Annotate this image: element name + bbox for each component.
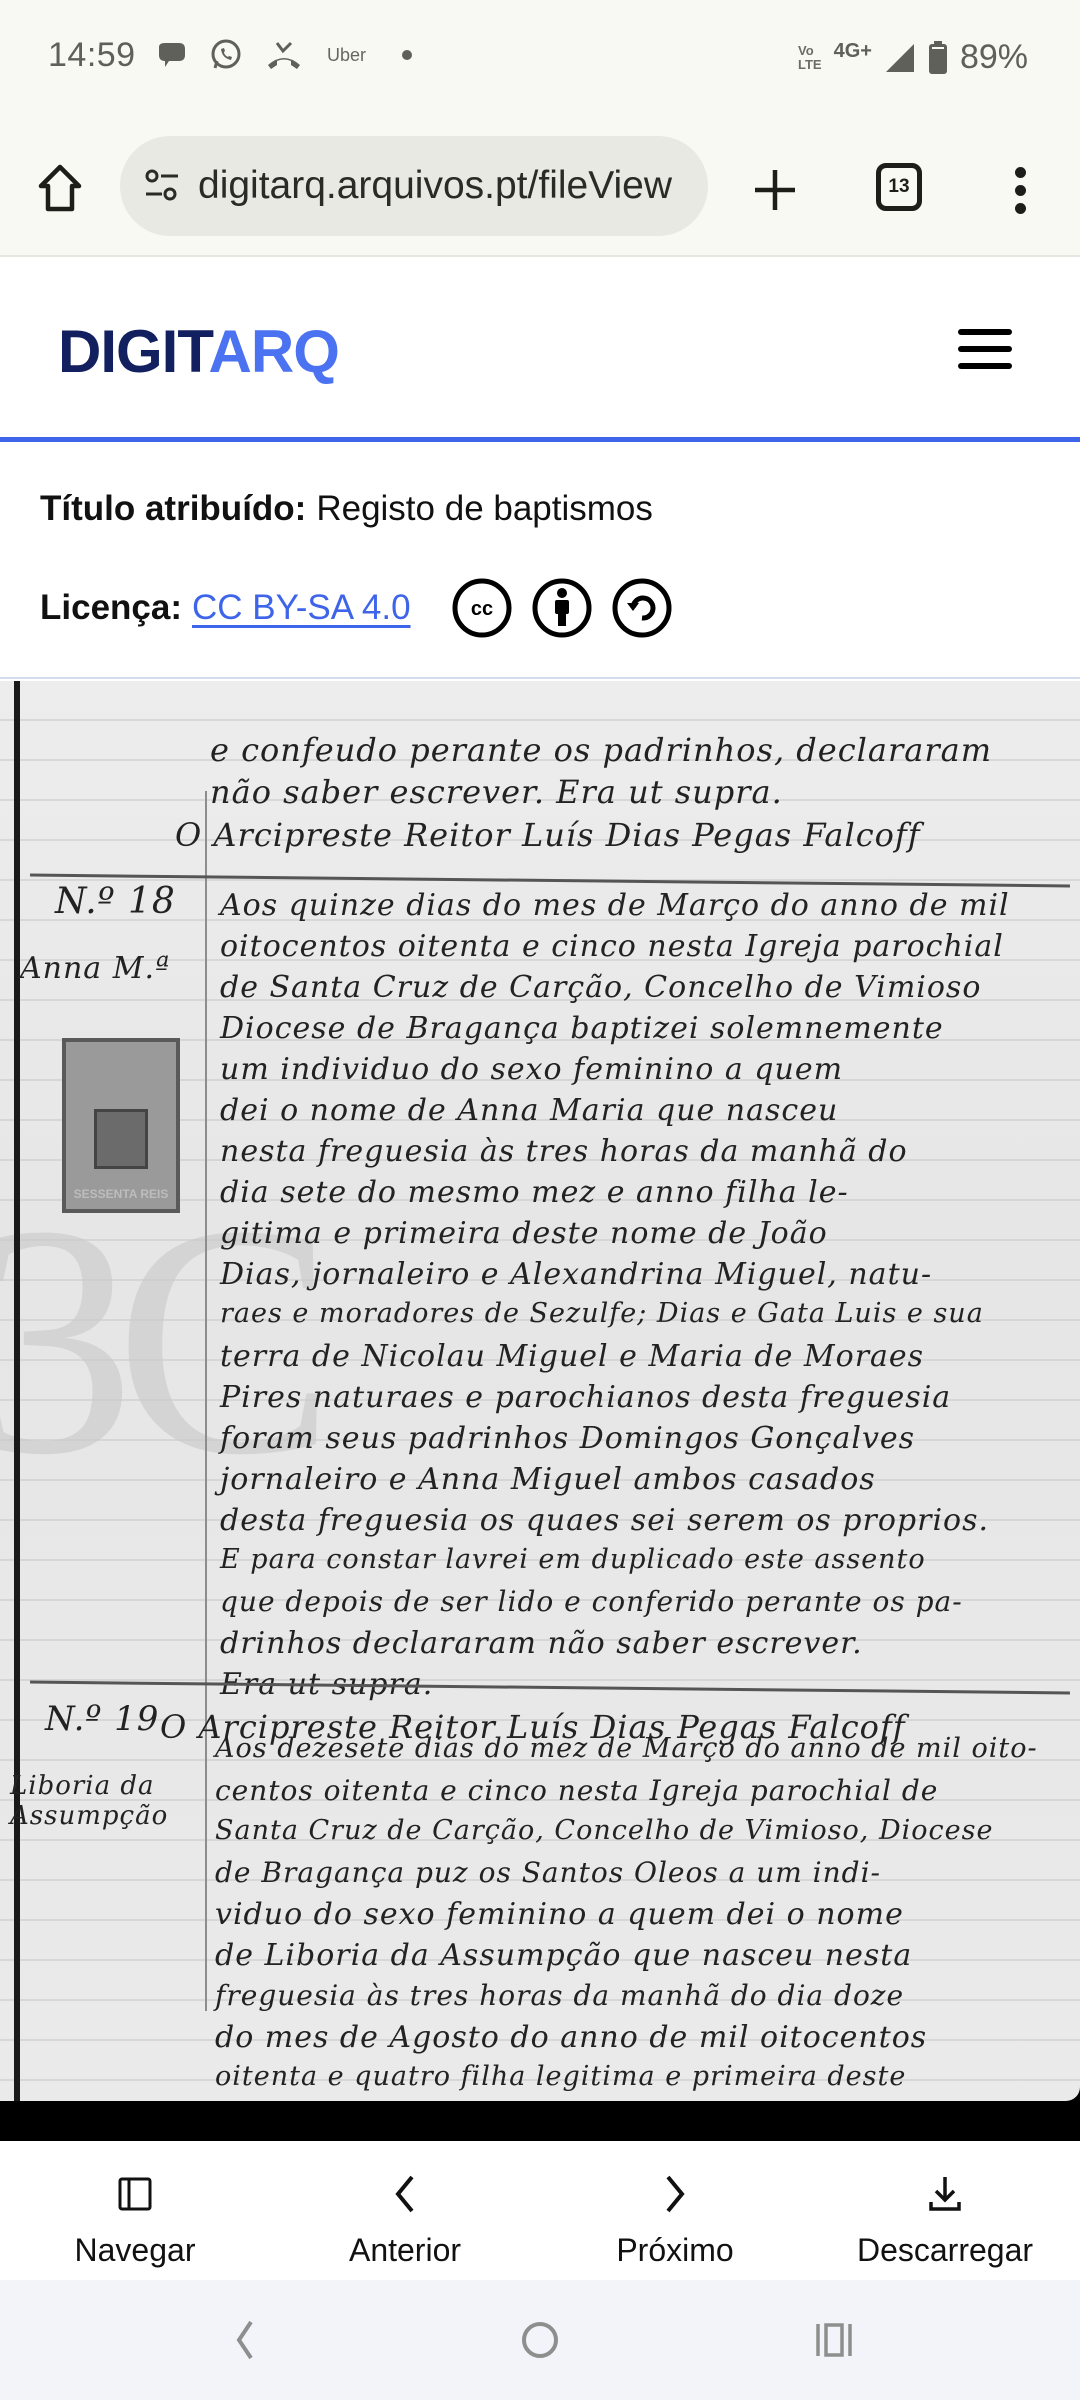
- url-text[interactable]: digitarq.arquivos.pt/fileView: [198, 164, 672, 208]
- sa-sharealike-icon: [611, 577, 673, 639]
- license-icons: cc: [451, 577, 673, 639]
- cc-icon: cc: [451, 577, 513, 639]
- title-label: Título atribuído:: [40, 489, 306, 529]
- home-button[interactable]: [30, 158, 90, 218]
- whatsapp-icon: [209, 38, 243, 72]
- tab-switcher-button[interactable]: 13: [876, 163, 922, 211]
- battery-percent: 89%: [960, 38, 1028, 77]
- back-icon: [233, 2320, 257, 2360]
- download-icon: [927, 2174, 963, 2214]
- tax-stamp: SESSENTA REIS: [62, 1038, 180, 1213]
- title-row: Título atribuído: Registo de baptismos: [40, 489, 653, 529]
- navegar-button[interactable]: Navegar: [0, 2142, 270, 2280]
- scanned-register-page: 3C e confeudo perante os padrinhos, decl…: [0, 681, 1080, 2101]
- margin-name: Anna M.ª: [20, 951, 170, 986]
- status-bar: 14:59 Uber Vo LTE 4G+ 89%: [0, 0, 1080, 120]
- crest-icon: [94, 1109, 148, 1169]
- volte-icon: Vo LTE: [798, 44, 822, 72]
- title-value: Registo de baptismos: [316, 489, 653, 529]
- browser-toolbar: digitarq.arquivos.pt/fileView 13: [0, 120, 1080, 257]
- network-type: 4G+: [834, 40, 872, 63]
- proximo-button[interactable]: Próximo: [540, 2142, 810, 2280]
- uber-notification: Uber: [327, 45, 366, 66]
- hamburger-menu-button[interactable]: [958, 329, 1012, 369]
- home-circle-icon: [520, 2320, 560, 2360]
- messages-icon: [155, 39, 187, 71]
- battery-icon: [928, 41, 948, 75]
- viewer-toolbar: Navegar Anterior Próximo Descarregar: [0, 2142, 1080, 2280]
- address-bar[interactable]: digitarq.arquivos.pt/fileView: [120, 136, 708, 236]
- recents-icon: [814, 2320, 854, 2360]
- system-navigation-bar: [0, 2280, 1080, 2400]
- chevron-right-icon: [660, 2174, 690, 2214]
- home-nav-button[interactable]: [510, 2315, 570, 2365]
- hamburger-icon: [958, 329, 1012, 335]
- more-vert-icon: [1015, 167, 1026, 178]
- entry-number: N.º 19: [45, 1699, 159, 1739]
- system-icons: Vo LTE 4G+ 89%: [798, 38, 1028, 77]
- by-attribution-icon: [531, 577, 593, 639]
- descarregar-button[interactable]: Descarregar: [810, 2142, 1080, 2280]
- back-button[interactable]: [215, 2315, 275, 2365]
- svg-text:cc: cc: [470, 598, 492, 620]
- signal-icon: [884, 42, 916, 74]
- recents-button[interactable]: [804, 2315, 864, 2365]
- digitarq-logo[interactable]: DIGITARQ: [58, 317, 339, 386]
- document-image-viewer[interactable]: 3C e confeudo perante os padrinhos, decl…: [0, 681, 1080, 2141]
- status-time: 14:59: [48, 36, 136, 75]
- home-icon: [38, 164, 82, 212]
- sidebar-panel-icon: [117, 2176, 153, 2212]
- new-tab-button[interactable]: [745, 160, 805, 220]
- site-settings-icon[interactable]: [140, 164, 184, 208]
- chevron-left-icon: [390, 2174, 420, 2214]
- more-notifications-dot: [402, 50, 412, 60]
- license-label: Licença:: [40, 588, 182, 628]
- margin-name: Liboria da Assumpção: [10, 1771, 200, 1831]
- site-header: DIGITARQ: [0, 259, 1080, 442]
- anterior-button[interactable]: Anterior: [270, 2142, 540, 2280]
- entry-number: N.º 18: [55, 881, 176, 922]
- notification-icons: Uber: [155, 38, 412, 72]
- missed-call-icon: [265, 39, 303, 71]
- plus-icon: [745, 160, 805, 220]
- license-row: Licença: CC BY-SA 4.0 cc: [40, 577, 673, 639]
- browser-menu-button[interactable]: [1005, 160, 1035, 220]
- license-link[interactable]: CC BY-SA 4.0: [192, 588, 411, 628]
- record-metadata: Título atribuído: Registo de baptismos L…: [0, 447, 1080, 679]
